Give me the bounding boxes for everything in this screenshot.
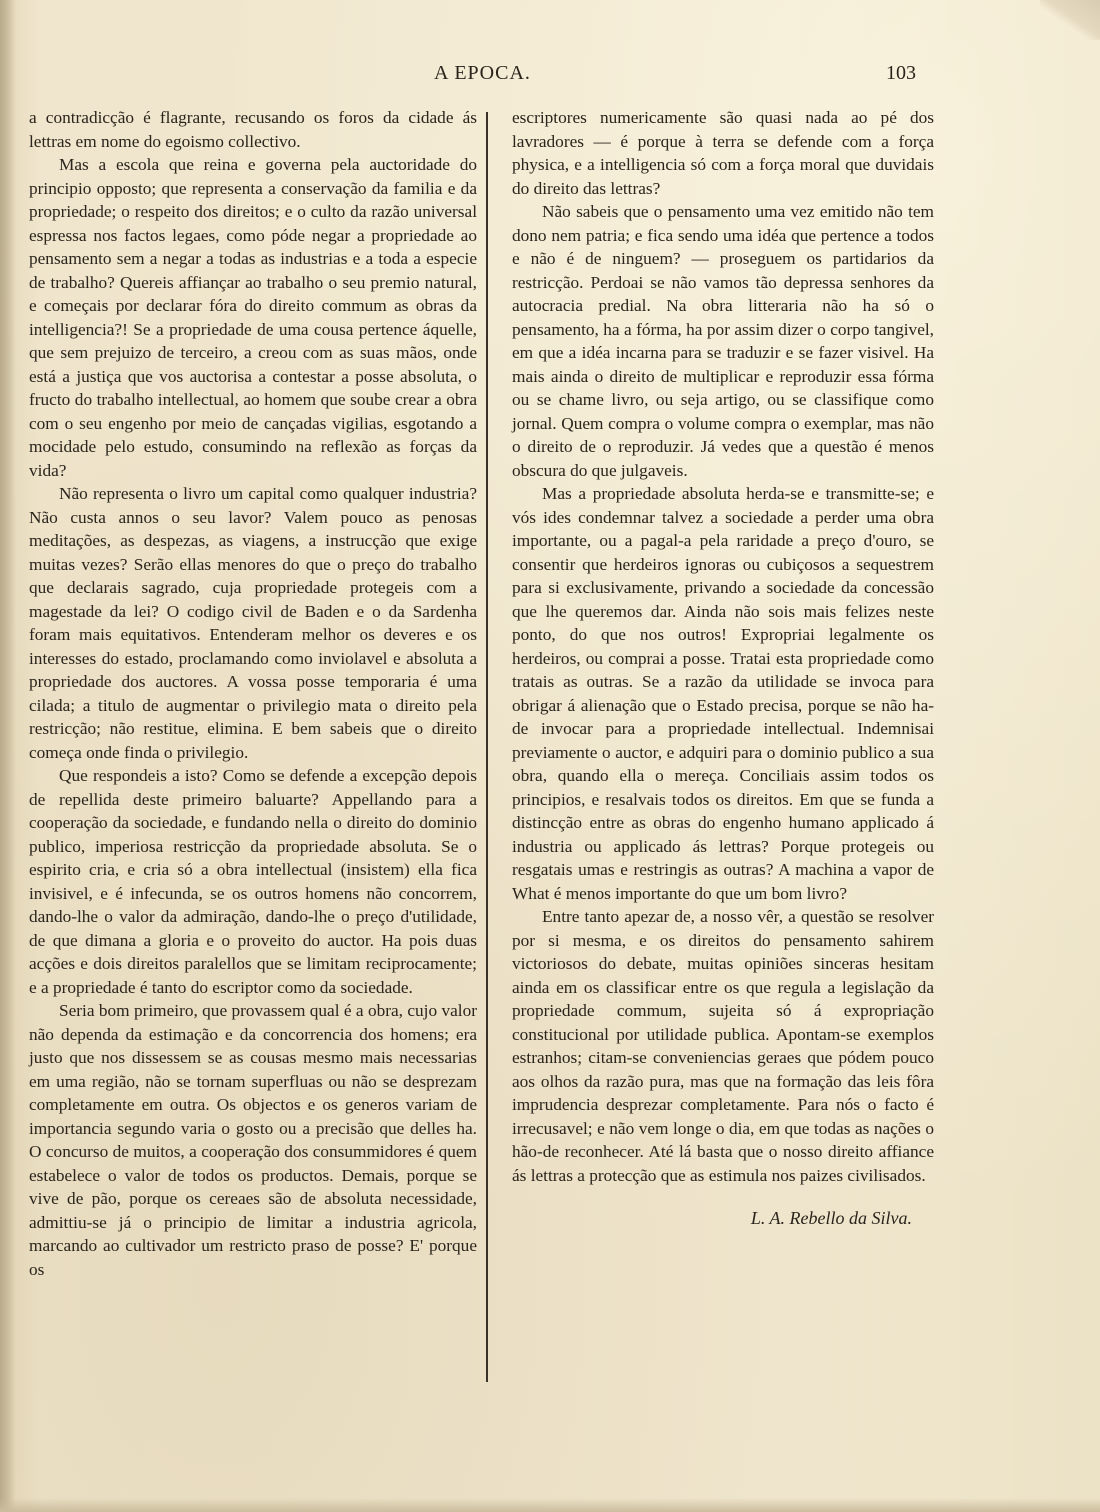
paragraph: Não sabeis que o pensamento uma vez emit…: [512, 200, 934, 482]
author-signature: L. A. Rebello da Silva.: [512, 1207, 934, 1231]
paragraph: Seria bom primeiro, que provassem qual é…: [29, 999, 477, 1281]
paragraph: Não representa o livro um capital como q…: [29, 482, 477, 764]
left-column: a contradicção é flagrante, recusando os…: [29, 106, 477, 1281]
page-bottom-edge: [0, 1498, 1100, 1512]
column-divider: [486, 112, 488, 1382]
paragraph: Mas a escola que reina e governa pela au…: [29, 153, 477, 482]
running-header: A EPOCA. 103: [0, 62, 1100, 92]
paragraph: Mas a propriedade absoluta herda-se e tr…: [512, 482, 934, 905]
paragraph: Entre tanto apezar de, a nosso vêr, a qu…: [512, 905, 934, 1187]
page-number: 103: [886, 62, 916, 85]
paragraph: escriptores numericamente são quasi nada…: [512, 106, 934, 200]
corner-fold: [1040, 0, 1100, 40]
paragraph: a contradicção é flagrante, recusando os…: [29, 106, 477, 153]
right-column: escriptores numericamente são quasi nada…: [512, 106, 934, 1231]
publication-title: A EPOCA.: [434, 62, 531, 85]
binding-shadow: [0, 0, 16, 1512]
paragraph: Que respondeis a isto? Como se defende a…: [29, 764, 477, 999]
